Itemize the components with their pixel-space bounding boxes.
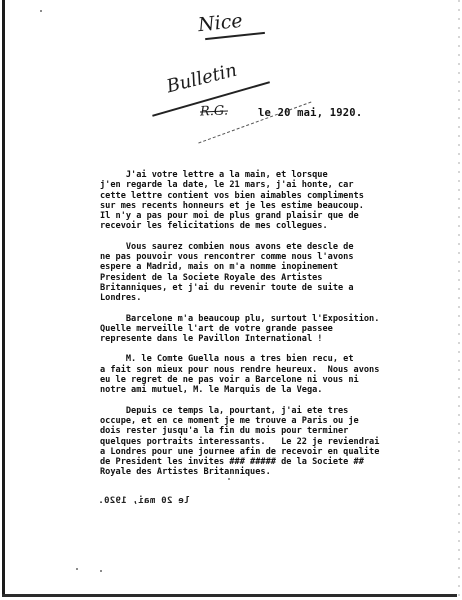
letter-paragraph: J'ai votre lettre a la main, et lorsquej… bbox=[100, 170, 440, 232]
text-line: President de la Societe Royale des Artis… bbox=[100, 273, 440, 283]
text-line: dois rester jusqu'a la fin du mois pour … bbox=[100, 426, 440, 436]
scan-speck bbox=[228, 478, 230, 480]
scan-right-noise bbox=[458, 0, 460, 600]
text-line: recevoir les felicitations de mes colleg… bbox=[100, 221, 440, 231]
text-line: Quelle merveille l'art de votre grande p… bbox=[100, 324, 440, 334]
text-line: represente dans le Pavillon Internationa… bbox=[100, 334, 440, 344]
text-line: occupe, et en ce moment je me trouve a P… bbox=[100, 416, 440, 426]
text-line: Royale des Artistes Britanniques. bbox=[100, 467, 440, 477]
text-line: Britanniques, et j'ai du revenir toute d… bbox=[100, 283, 440, 293]
letter-paragraph: Depuis ce temps la, pourtant, j'ai ete t… bbox=[100, 406, 440, 478]
text-line: Il n'y a pas pour moi de plus grand plai… bbox=[100, 211, 440, 221]
scan-speck bbox=[100, 570, 102, 572]
text-line: ne pas pouvoir vous rencontrer comme nou… bbox=[100, 252, 440, 262]
text-line: Barcelone m'a beaucoup plu, surtout l'Ex… bbox=[100, 314, 440, 324]
text-line: Londres. bbox=[100, 293, 440, 303]
text-line: J'ai votre lettre a la main, et lorsque bbox=[100, 170, 440, 180]
text-line: Vous saurez combien nous avons ete descl… bbox=[100, 242, 440, 252]
struck-initials: R.G. bbox=[200, 104, 228, 120]
text-line: j'en regarde la date, le 21 mars, j'ai h… bbox=[100, 180, 440, 190]
scan-speck bbox=[76, 568, 78, 570]
text-line: M. le Comte Guella nous a tres bien recu… bbox=[100, 354, 440, 364]
scan-left-border bbox=[2, 0, 5, 596]
text-line: de President les invites ### ##### de la… bbox=[100, 457, 440, 467]
handwritten-annotation-bulletin: Bulletin bbox=[165, 60, 240, 98]
text-line: cette lettre contient vos bien aimables … bbox=[100, 191, 440, 201]
scanned-letter-page: Nice Bulletin R.G. le 20 mai, 1920. J'ai… bbox=[0, 0, 462, 600]
text-line: notre ami mutuel, M. le Marquis de la Ve… bbox=[100, 385, 440, 395]
text-line: sur mes recents honneurs et je les estim… bbox=[100, 201, 440, 211]
text-line: quelques portraits interessants. Le 22 j… bbox=[100, 437, 440, 447]
text-line: eu le regret de ne pas voir a Barcelone … bbox=[100, 375, 440, 385]
letter-paragraph: M. le Comte Guella nous a tres bien recu… bbox=[100, 354, 440, 395]
letter-body: J'ai votre lettre a la main, et lorsquej… bbox=[100, 170, 440, 488]
text-line: espere a Madrid, mais on m'a nomme inopi… bbox=[100, 262, 440, 272]
text-line: a Londres pour une journee afin de recev… bbox=[100, 447, 440, 457]
scan-bottom-border bbox=[2, 594, 457, 597]
letter-paragraph: Vous saurez combien nous avons ete descl… bbox=[100, 242, 440, 304]
text-line: Depuis ce temps la, pourtant, j'ai ete t… bbox=[100, 406, 440, 416]
letter-date: le 20 mai, 1920. bbox=[258, 107, 362, 119]
mirrored-bleedthrough-date: le 20 mai, 1920. bbox=[98, 496, 190, 506]
text-line: a fait son mieux pour nous rendre heureu… bbox=[100, 365, 440, 375]
scan-speck bbox=[40, 10, 42, 12]
letter-paragraph: Barcelone m'a beaucoup plu, surtout l'Ex… bbox=[100, 314, 440, 345]
handwritten-annotation-nice: Nice bbox=[197, 10, 244, 37]
